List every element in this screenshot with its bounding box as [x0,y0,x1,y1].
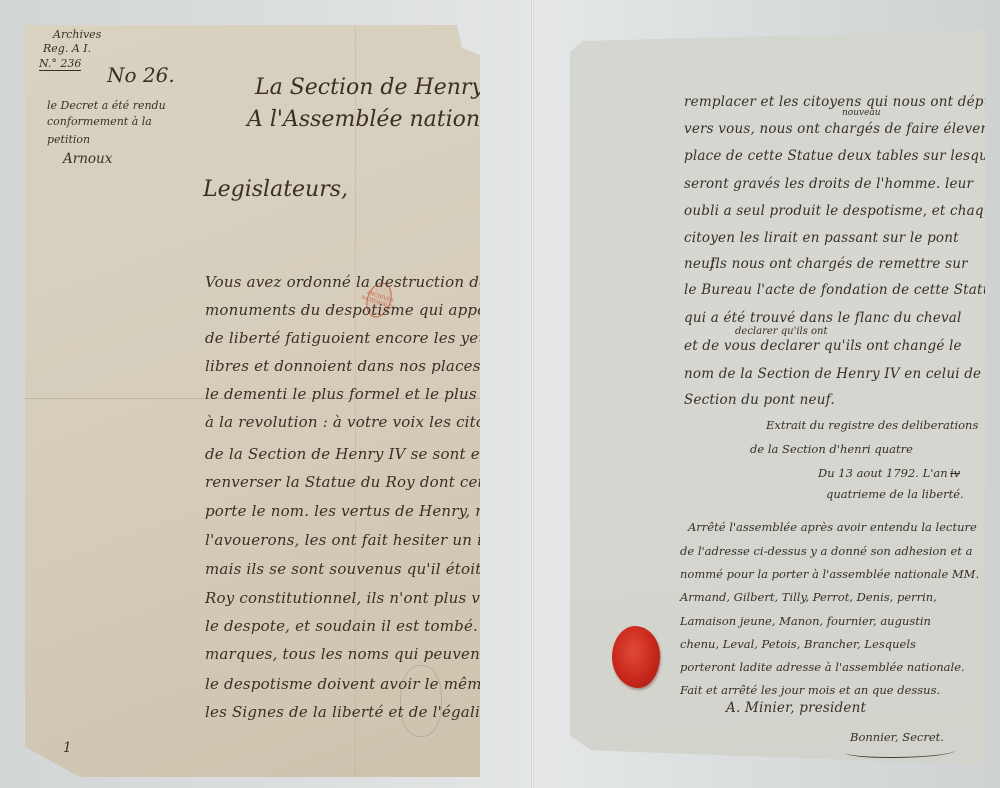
body-line: place de cette Statue deux tables sur le… [684,148,1000,164]
book-spread: Archives Reg. A I. N.° 236 No 26. le Dec… [0,0,1000,788]
body-line: oubli a seul produit le despotisme, et c… [684,203,1000,219]
document-number: No 26. [107,63,175,87]
heading-line-2: A l'Assemblée nationale. [247,107,520,132]
body-line: seront gravés les droits de l'homme. leu… [684,176,973,192]
archive-note-line: Archives [53,28,101,41]
resolution-line: Fait et arrêté les jour mois et an que d… [680,683,940,697]
extract-line: Du 13 aout 1792. L'an [818,466,948,480]
resolution-line: Arrêté l'assemblée après avoir entendu l… [688,520,977,534]
resolution-line: chenu, Leval, Petois, Brancher, Lesquels [680,637,916,651]
page-number: 1 [63,740,72,756]
margin-note-line: petition [47,133,90,146]
resolution-line: Armand, Gilbert, Tilly, Perrot, Denis, p… [680,590,937,604]
heading-line-1: La Section de Henry IV [255,75,515,100]
extract-line: Extrait du registre des deliberations [766,418,978,432]
salutation: Legislateurs, [203,177,348,202]
archive-note-line: Reg. A I. [43,42,91,55]
secretary-signature: Bonnier, Secret. [850,730,944,744]
margin-note-line: conformement à la [47,115,152,128]
president-signature: A. Minier, president [726,700,866,716]
interlinear-insert: nouveau [842,108,881,118]
body-line: nom de la Section de Henry IV en celui d… [684,366,999,382]
body-line: à la revolution : à votre voix les citoy… [205,413,521,431]
body-line: vers vous, nous ont chargés de faire éle… [684,121,1000,137]
margin-note-signature: Arnoux [63,151,112,167]
body-line: Ils nous ont chargés de remettre sur [710,256,968,272]
body-line: le Bureau l'acte de fondation de cette S… [684,282,1000,298]
correction-insert: declarer qu'ils ont [735,326,828,337]
resolution-line: Lamaison jeune, Manon, fournier, augusti… [680,614,931,628]
resolution-line: porteront ladite adresse à l'assemblée n… [680,660,965,674]
extract-struck-text: iv [950,466,960,480]
body-line: mais ils se sont souvenus qu'il étoit po… [205,560,527,578]
resolution-line: de l'adresse ci-dessus y a donné son adh… [680,544,972,558]
extract-line: quatrieme de la liberté. [826,487,964,501]
archive-note-line: N.° 236 [39,57,81,71]
manuscript-page-left: Archives Reg. A I. N.° 236 No 26. le Dec… [25,25,480,777]
book-gutter [531,0,534,788]
extract-line: de la Section d'henri quatre [750,442,913,456]
body-line: Roy constitutionnel, ils n'ont plus vu q… [205,589,524,607]
wax-seal-icon [612,626,660,688]
body-line: Section du pont neuf. [684,392,835,408]
margin-note-line: le Decret a été rendu [47,99,166,112]
body-line: qui a été trouvé dans le flanc du cheval [684,310,962,326]
resolution-line: nommé pour la porter à l'assemblée natio… [680,567,979,581]
body-line: et de vous declarer qu'ils ont changé le [684,338,962,354]
body-line: citoyen les lirait en passant sur le pon… [684,230,959,246]
